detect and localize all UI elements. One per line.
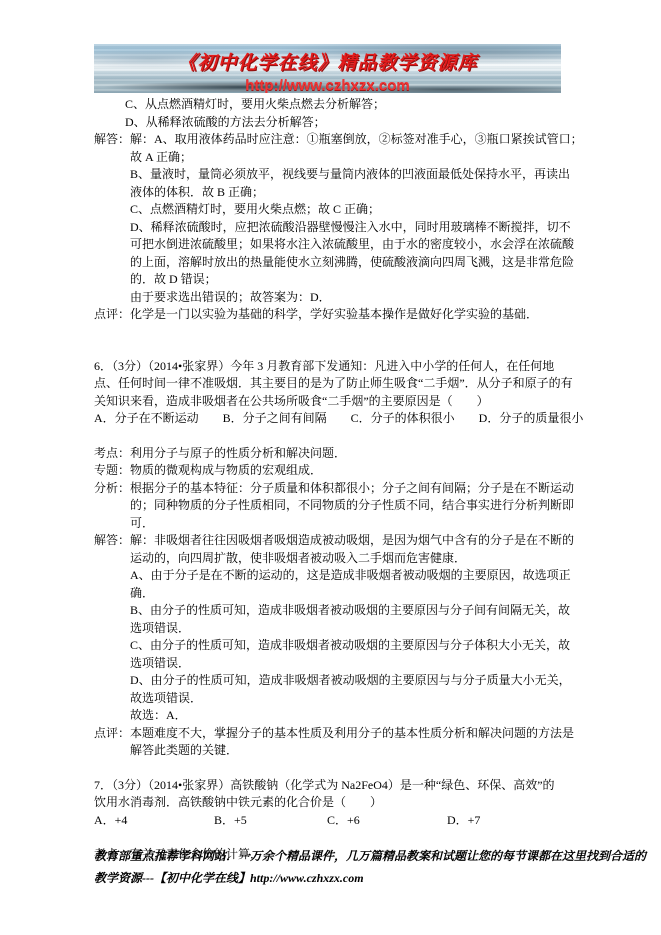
text-line: C、点燃酒精灯时，要用火柴点燃；故 C 正确；	[130, 201, 583, 219]
text-line: 利用分子与原子的性质分析和解决问题．	[130, 445, 569, 463]
text-line: 点、任何时间一律不准吸烟．其主要目的是为了防止师生吸食“二手烟”．从分子和原子的…	[94, 375, 569, 393]
page-footer: 教育部重点推荐学科网站．一万余个精品课件，几万篇精品教案和试题让您的每节课都在这…	[94, 845, 584, 889]
answer-option: C．+6	[327, 812, 447, 830]
continuation-lines: C、从点燃酒精灯时，要用火柴点燃去分析解答；D、从稀释浓硫酸的方法去分析解答；	[94, 96, 569, 131]
footer-promo-text-2: 教学资源---【初中化学在线】http://www.czhxzx.com	[94, 867, 584, 889]
labeled-section: 点评：本题难度不大，掌握分子的基本性质及利用分子的基本性质分析和解决问题的方法是…	[94, 725, 569, 760]
text-line: 的．故 D 错误；	[130, 271, 583, 289]
section-lines: 本题难度不大，掌握分子的基本性质及利用分子的基本性质分析和解决问题的方法是解答此…	[130, 725, 574, 760]
footer-url-link[interactable]: http://www.czhxzx.com	[250, 871, 364, 885]
text-line: 故选项错误．	[130, 690, 574, 708]
text-line: D、从稀释浓硫酸的方法去分析解答；	[125, 114, 569, 132]
section-lines: 物质的微观构成与物质的宏观组成．	[130, 462, 569, 480]
labeled-section: 解答：解：非吸烟者往往因吸烟者吸烟造成被动吸烟，是因为烟气中含有的分子是在不断的…	[94, 532, 569, 725]
text-line: B、由分子的性质可知，造成非吸烟者被动吸烟的主要原因与分子间有间隔无关，故	[130, 602, 574, 620]
text-line: C、从点燃酒精灯时，要用火柴点燃去分析解答；	[125, 96, 569, 114]
section-label: 点评：	[94, 725, 130, 760]
section-lines: C、从点燃酒精灯时，要用火柴点燃去分析解答；D、从稀释浓硫酸的方法去分析解答；	[125, 96, 569, 131]
text-line: 6．（3分）（2014•张家界）今年 3 月教育部下发通知：凡进入中小学的任何人…	[94, 358, 569, 376]
text-line: 本题难度不大，掌握分子的基本性质及利用分子的基本性质分析和解决问题的方法是	[130, 725, 574, 743]
text-line: 解：非吸烟者往往因吸烟者吸烟造成被动吸烟，是因为烟气中含有的分子是在不断的	[130, 532, 574, 550]
labeled-section: 点评：化学是一门以实验为基础的科学，学好实验基本操作是做好化学实验的基础．	[94, 306, 569, 324]
answer-option: B．+5	[214, 812, 327, 830]
text-line: 饮用水消毒剂．高铁酸钠中铁元素的化合价是（ ）	[94, 794, 569, 812]
section-label: 解答：	[94, 131, 130, 306]
section-label: 专题：	[94, 462, 130, 480]
section-label: 解答：	[94, 532, 130, 725]
labeled-section: 考点：利用分子与原子的性质分析和解决问题．	[94, 445, 569, 463]
document-page: 《初中化学在线》精品教学资源库 http://www.czhxzx.com C、…	[0, 0, 661, 935]
text-line: 根据分子的基本特征：分子质量和体积都很小；分子之间有间隔；分子是在不断运动	[130, 480, 574, 498]
text-line: 液体的体积．故 B 正确；	[130, 184, 583, 202]
text-line: 确．	[130, 585, 574, 603]
section-lines: 根据分子的基本特征：分子质量和体积都很小；分子之间有间隔；分子是在不断运动的；同…	[130, 480, 574, 533]
text-line: B、量液时，量筒必须放平，视线要与量筒内液体的凹液面最低处保持水平，再读出	[130, 166, 583, 184]
banner-title: 《初中化学在线》精品教学资源库	[94, 48, 561, 75]
text-line: 故选：A．	[130, 707, 574, 725]
footer-site-name: 教学资源---【初中化学在线】	[94, 871, 250, 885]
text-line: 可把水倒进浓硫酸里；如果将水注入浓硫酸里，由于水的密度较小，水会浮在浓硫酸	[130, 236, 583, 254]
labeled-section: 解答：解：A、取用液体药品时应注意：①瓶塞倒放，②标签对准手心，③瓶口紧挨试管口…	[94, 131, 569, 306]
question-paragraph: 6．（3分）（2014•张家界）今年 3 月教育部下发通知：凡进入中小学的任何人…	[94, 358, 569, 428]
section-gap	[94, 341, 569, 358]
answer-option: A．+4	[94, 812, 214, 830]
section-gap	[94, 829, 569, 846]
section-lines: 利用分子与原子的性质分析和解决问题．	[130, 445, 569, 463]
section-label: 点评：	[94, 306, 130, 324]
answer-option: D．+7	[447, 812, 480, 830]
text-line: 可．	[130, 515, 574, 533]
text-line: 解答此类题的关键．	[130, 742, 574, 760]
text-line: C、由分子的性质可知，造成非吸烟者被动吸烟的主要原因与分子体积大小无关，故	[130, 637, 574, 655]
banner-url-link[interactable]: http://www.czhxzx.com	[94, 77, 561, 93]
text-line: 选项错误．	[130, 620, 574, 638]
text-line: 运动的，向四周扩散，使非吸烟者被动吸入二手烟而危害健康．	[130, 550, 574, 568]
text-line: D、由分子的性质可知，造成非吸烟者被动吸烟的主要原因与与分子质量大小无关，	[130, 672, 574, 690]
document-body: C、从点燃酒精灯时，要用火柴点燃去分析解答；D、从稀释浓硫酸的方法去分析解答；解…	[94, 96, 569, 864]
section-lines: 解：A、取用液体药品时应注意：①瓶塞倒放，②标签对准手心，③瓶口紧挨试管口；故 …	[130, 131, 583, 306]
footer-promo-text: 教育部重点推荐学科网站．一万余个精品课件，几万篇精品教案和试题让您的每节课都在这…	[94, 845, 584, 867]
site-banner: 《初中化学在线》精品教学资源库 http://www.czhxzx.com	[94, 44, 561, 93]
answer-options-row: A．+4B．+5C．+6D．+7	[94, 812, 569, 830]
question-paragraph: 7．（3分）（2014•张家界）高铁酸钠（化学式为 Na2FeO4）是一种“绿色…	[94, 777, 569, 812]
text-line: 关知识来看，造成非吸烟者在公共场所吸食“二手烟”的主要原因是（ ）	[94, 393, 569, 411]
text-line: D、稀释浓硫酸时，应把浓硫酸沿器壁慢慢注入水中，同时用玻璃棒不断搅拌，切不	[130, 219, 583, 237]
section-gap	[94, 428, 569, 445]
text-line: 由于要求选出错误的；故答案为：D．	[130, 289, 583, 307]
section-lines: 6．（3分）（2014•张家界）今年 3 月教育部下发通知：凡进入中小学的任何人…	[94, 358, 569, 428]
text-line: 7．（3分）（2014•张家界）高铁酸钠（化学式为 Na2FeO4）是一种“绿色…	[94, 777, 569, 795]
section-gap	[94, 760, 569, 777]
section-lines: 解：非吸烟者往往因吸烟者吸烟造成被动吸烟，是因为烟气中含有的分子是在不断的运动的…	[130, 532, 574, 725]
labeled-section: 分析：根据分子的基本特征：分子质量和体积都很小；分子之间有间隔；分子是在不断运动…	[94, 480, 569, 533]
text-line: 物质的微观构成与物质的宏观组成．	[130, 462, 569, 480]
text-line: 的；同种物质的分子性质相同，不同物质的分子性质不同，结合事实进行分析判断即	[130, 497, 574, 515]
text-line: A．分子在不断运动 B．分子之间有间隔 C．分子的体积很小 D．分子的质量很小	[94, 410, 569, 428]
text-line: 故 A 正确；	[130, 149, 583, 167]
text-line: 解：A、取用液体药品时应注意：①瓶塞倒放，②标签对准手心，③瓶口紧挨试管口；	[130, 131, 583, 149]
section-lines: 化学是一门以实验为基础的科学，学好实验基本操作是做好化学实验的基础．	[130, 306, 569, 324]
text-line: 化学是一门以实验为基础的科学，学好实验基本操作是做好化学实验的基础．	[130, 306, 569, 324]
section-lines: 7．（3分）（2014•张家界）高铁酸钠（化学式为 Na2FeO4）是一种“绿色…	[94, 777, 569, 812]
section-gap	[94, 324, 569, 341]
section-label: 分析：	[94, 480, 130, 533]
text-line: 的上面，溶解时放出的热量能使水立刻沸腾，使硫酸液滴向四周飞溅，这是非常危险	[130, 254, 583, 272]
text-line: 选项错误．	[130, 655, 574, 673]
text-line: A、由于分子是在不断的运动的，这是造成非吸烟者被动吸烟的主要原因，故选项正	[130, 567, 574, 585]
labeled-section: 专题：物质的微观构成与物质的宏观组成．	[94, 462, 569, 480]
section-label: 考点：	[94, 445, 130, 463]
